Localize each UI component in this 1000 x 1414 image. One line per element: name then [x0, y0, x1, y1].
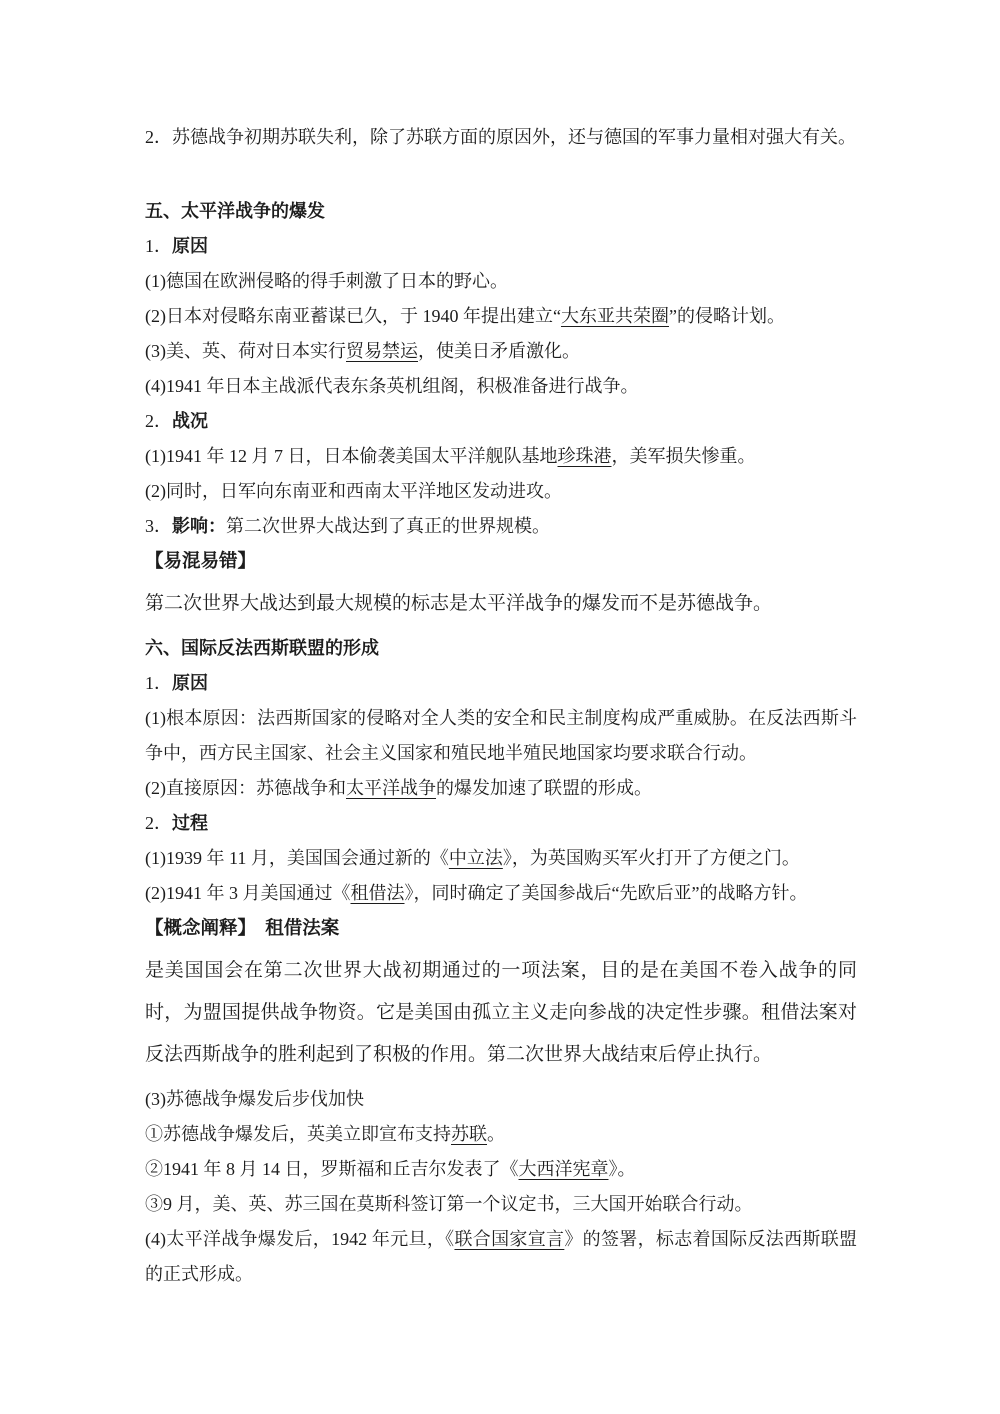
subheading: 1．原因 [145, 229, 857, 264]
paragraph: (1)1939 年 11 月，美国国会通过新的《中立法》，为英国购买军火打开了方… [145, 841, 857, 876]
underlined-term: 苏联 [451, 1124, 487, 1144]
note-tag: 【易混易错】 [145, 544, 857, 579]
text-run: (1)根本原因：法西斯国家的侵略对全人类的安全和民主制度构成严重威胁。在反法西斯… [145, 708, 857, 763]
note-tag: 【概念阐释】 租借法案 [145, 911, 857, 946]
text-run: ，美军损失惨重。 [612, 446, 756, 466]
section-heading: 五、太平洋战争的爆发 [145, 194, 857, 229]
document-page: 2．苏德战争初期苏联失利，除了苏联方面的原因外，还与德国的军事力量相对强大有关。… [0, 0, 1000, 1414]
text-run: 第二次世界大战达到最大规模的标志是太平洋战争的爆发而不是苏德战争。 [145, 592, 772, 614]
document-content: 2．苏德战争初期苏联失利，除了苏联方面的原因外，还与德国的军事力量相对强大有关。… [145, 120, 857, 1292]
bold-text: 影响： [172, 516, 226, 537]
bold-text: 原因 [172, 236, 208, 257]
text-run: 是美国国会在第二次世界大战初期通过的一项法案，目的是在美国不卷入战争的同时，为盟… [145, 959, 857, 1065]
paragraph: (4)太平洋战争爆发后，1942 年元旦，《联合国家宣言》的签署，标志着国际反法… [145, 1222, 857, 1292]
text-run: 。 [487, 1124, 505, 1144]
text-run: (2)直接原因：苏德战争和 [145, 778, 346, 798]
text-run: 1． [145, 673, 172, 693]
paragraph: ③9 月，美、英、苏三国在莫斯科签订第一个议定书，三大国开始联合行动。 [145, 1187, 857, 1222]
subheading: 3．影响：第二次世界大战达到了真正的世界规模。 [145, 509, 857, 544]
text-run: ②1941 年 8 月 14 日，罗斯福和丘吉尔发表了《 [145, 1159, 519, 1179]
subheading: 2．战况 [145, 404, 857, 439]
text-run: 》，同时确定了美国参战后“先欧后亚”的战略方针。 [405, 883, 808, 903]
note-body: 第二次世界大战达到最大规模的标志是太平洋战争的爆发而不是苏德战争。 [145, 582, 857, 624]
note-body: 是美国国会在第二次世界大战初期通过的一项法案，目的是在美国不卷入战争的同时，为盟… [145, 949, 857, 1075]
paragraph: (2)同时，日军向东南亚和西南太平洋地区发动进攻。 [145, 474, 857, 509]
text-run: 3． [145, 516, 172, 536]
text-run: 2．苏德战争初期苏联失利，除了苏联方面的原因外，还与德国的军事力量相对强大有关。 [145, 127, 856, 147]
text-run: 》。 [609, 1159, 636, 1179]
text-run: (4)太平洋战争爆发后，1942 年元旦，《 [145, 1229, 454, 1249]
underlined-term: 珍珠港 [558, 446, 612, 466]
bold-text: 五、太平洋战争的爆发 [145, 201, 325, 222]
paragraph: (3)苏德战争爆发后步伐加快 [145, 1082, 857, 1117]
bold-text: 战况 [172, 411, 208, 432]
underlined-term: 联合国家宣言 [454, 1229, 564, 1249]
paragraph: (2)日本对侵略东南亚蓄谋已久，于 1940 年提出建立“大东亚共荣圈”的侵略计… [145, 299, 857, 334]
text-run: 第二次世界大战达到了真正的世界规模。 [226, 516, 550, 536]
underlined-term: 太平洋战争 [346, 778, 436, 798]
bold-text: 过程 [172, 813, 208, 834]
paragraph: ②1941 年 8 月 14 日，罗斯福和丘吉尔发表了《大西洋宪章》。 [145, 1152, 857, 1187]
text-run: 1． [145, 236, 172, 256]
bold-text: 【易混易错】 [145, 551, 256, 572]
subheading: 1．原因 [145, 666, 857, 701]
paragraph: (1)1941 年 12 月 7 日，日本偷袭美国太平洋舰队基地珍珠港，美军损失… [145, 439, 857, 474]
text-run: (1)德国在欧洲侵略的得手刺激了日本的野心。 [145, 271, 508, 291]
text-run: (1)1941 年 12 月 7 日，日本偷袭美国太平洋舰队基地 [145, 446, 558, 466]
text-run: (1)1939 年 11 月，美国国会通过新的《 [145, 848, 449, 868]
paragraph: (4)1941 年日本主战派代表东条英机组阁，积极准备进行战争。 [145, 369, 857, 404]
subheading: 2．过程 [145, 806, 857, 841]
text-run: (2)日本对侵略东南亚蓄谋已久，于 1940 年提出建立“ [145, 306, 561, 326]
bold-text: 六、国际反法西斯联盟的形成 [145, 638, 379, 659]
paragraph: (1)根本原因：法西斯国家的侵略对全人类的安全和民主制度构成严重威胁。在反法西斯… [145, 701, 857, 771]
paragraph: ①苏德战争爆发后，英美立即宣布支持苏联。 [145, 1117, 857, 1152]
paragraph: (3)美、英、荷对日本实行贸易禁运，使美日矛盾激化。 [145, 334, 857, 369]
paragraph: (2)直接原因：苏德战争和太平洋战争的爆发加速了联盟的形成。 [145, 771, 857, 806]
paragraph: (1)德国在欧洲侵略的得手刺激了日本的野心。 [145, 264, 857, 299]
text-run: ①苏德战争爆发后，英美立即宣布支持 [145, 1124, 451, 1144]
text-run: (2)1941 年 3 月美国通过《 [145, 883, 351, 903]
spacer [145, 155, 857, 190]
text-run: ”的侵略计划。 [669, 306, 785, 326]
text-run: 2． [145, 411, 172, 431]
text-run: 的爆发加速了联盟的形成。 [436, 778, 652, 798]
underlined-term: 贸易禁运 [346, 341, 418, 361]
text-run: (4)1941 年日本主战派代表东条英机组阁，积极准备进行战争。 [145, 376, 639, 396]
bold-text: 租借法案 [247, 918, 340, 939]
underlined-term: 大西洋宪章 [519, 1159, 609, 1179]
underlined-term: 大东亚共荣圈 [561, 306, 669, 326]
text-run: ③9 月，美、英、苏三国在莫斯科签订第一个议定书，三大国开始联合行动。 [145, 1194, 753, 1214]
underlined-term: 租借法 [351, 883, 405, 903]
text-run: (3)美、英、荷对日本实行 [145, 341, 346, 361]
text-run: 2． [145, 813, 172, 833]
text-run: (2)同时，日军向东南亚和西南太平洋地区发动进攻。 [145, 481, 562, 501]
underlined-term: 中立法 [449, 848, 503, 868]
text-run: ，使美日矛盾激化。 [418, 341, 580, 361]
bold-text: 【概念阐释】 [145, 918, 247, 939]
bold-text: 原因 [172, 673, 208, 694]
text-run: (3)苏德战争爆发后步伐加快 [145, 1089, 364, 1109]
paragraph: (2)1941 年 3 月美国通过《租借法》，同时确定了美国参战后“先欧后亚”的… [145, 876, 857, 911]
text-run: 》，为英国购买军火打开了方便之门。 [503, 848, 800, 868]
section-heading: 六、国际反法西斯联盟的形成 [145, 631, 857, 666]
paragraph: 2．苏德战争初期苏联失利，除了苏联方面的原因外，还与德国的军事力量相对强大有关。 [145, 120, 857, 155]
